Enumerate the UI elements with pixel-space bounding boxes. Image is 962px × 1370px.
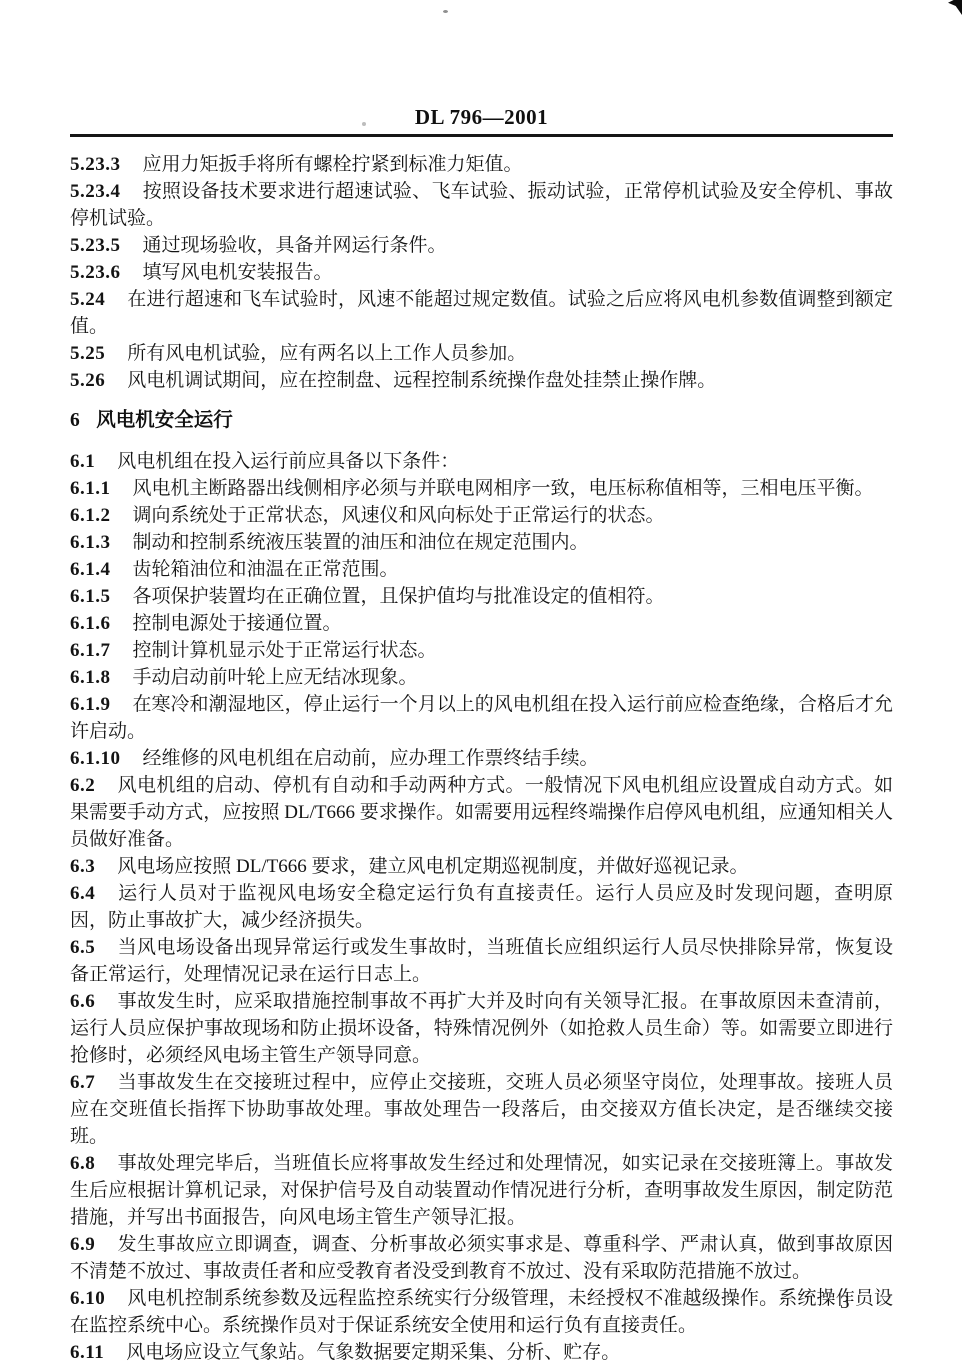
clause: 5.23.5通过现场验收，具备并网运行条件。 bbox=[70, 232, 893, 259]
clause-number: 5.23.5 bbox=[70, 235, 143, 256]
clause-text: 风电机调试期间，应在控制盘、远程控制系统操作盘处挂禁止操作牌。 bbox=[127, 370, 716, 391]
clause-text: 风电场应按照 DL/T666 要求，建立风电机定期巡视制度，并做好巡视记录。 bbox=[117, 856, 748, 877]
clause-number: 6.1.6 bbox=[70, 613, 133, 634]
clause-text: 填写风电机安装报告。 bbox=[143, 262, 333, 283]
clause-number: 6.1.8 bbox=[70, 667, 133, 688]
document-body: 5.23.3应用力矩扳手将所有螺栓拧紧到标准力矩值。 5.23.4按照设备技术要… bbox=[70, 151, 893, 1366]
clause: 6.2风电机组的启动、停机有自动和手动两种方式。一般情况下风电机组应设置成自动方… bbox=[70, 772, 893, 853]
clause: 6.9发生事故应立即调查，调查、分析事故必须实事求是、尊重科学、严肃认真，做到事… bbox=[70, 1231, 893, 1285]
clause-text: 事故处理完毕后，当班值长应将事故发生经过和处理情况，如实记录在交接班簿上。事故发… bbox=[70, 1153, 893, 1228]
clause: 5.24在进行超速和飞车试验时，风速不能超过规定数值。试验之后应将风电机参数值调… bbox=[70, 286, 893, 340]
clause: 6.1.3制动和控制系统液压装置的油压和油位在规定范围内。 bbox=[70, 529, 893, 556]
clause: 5.23.4按照设备技术要求进行超速试验、飞车试验、振动试验，正常停机试验及安全… bbox=[70, 178, 893, 232]
clause-number: 6.1.9 bbox=[70, 694, 133, 715]
clause: 6.1.6控制电源处于接通位置。 bbox=[70, 610, 893, 637]
clause: 6.1.5各项保护装置均在正确位置，且保护值均与批准设定的值相符。 bbox=[70, 583, 893, 610]
clause-text: 齿轮箱油位和油温在正常范围。 bbox=[133, 559, 399, 580]
clause-text: 运行人员对于监视风电场安全稳定运行负有直接责任。运行人员应及时发现问题，查明原因… bbox=[70, 883, 893, 931]
clause-text: 通过现场验收，具备并网运行条件。 bbox=[143, 235, 447, 256]
section-number: 6 bbox=[70, 410, 96, 431]
clause-text: 所有风电机试验，应有两名以上工作人员参加。 bbox=[127, 343, 526, 364]
clause-text: 风电场应设立气象站。气象数据要定期采集、分析、贮存。 bbox=[126, 1342, 620, 1363]
clause: 6.7当事故发生在交接班过程中，应停止交接班，交班人员必须坚守岗位，处理事故。接… bbox=[70, 1069, 893, 1150]
clause-number: 6.8 bbox=[70, 1153, 117, 1174]
clause: 5.23.3应用力矩扳手将所有螺栓拧紧到标准力矩值。 bbox=[70, 151, 893, 178]
clause-text: 风电机组在投入运行前应具备以下条件： bbox=[117, 451, 459, 472]
clause: 6.1.10经维修的风电机组在启动前，应办理工作票终结手续。 bbox=[70, 745, 893, 772]
clause-number: 6.3 bbox=[70, 856, 117, 877]
clause: 6.1.9在寒冷和潮湿地区，停止运行一个月以上的风电机组在投入运行前应检查绝缘，… bbox=[70, 691, 893, 745]
clause: 6.3风电场应按照 DL/T666 要求，建立风电机定期巡视制度，并做好巡视记录… bbox=[70, 853, 893, 880]
clause-number: 6.2 bbox=[70, 775, 117, 796]
clause: 5.25所有风电机试验，应有两名以上工作人员参加。 bbox=[70, 340, 893, 367]
clause-text: 各项保护装置均在正确位置，且保护值均与批准设定的值相符。 bbox=[133, 586, 665, 607]
clause-number: 5.24 bbox=[70, 289, 127, 310]
clause: 6.1.2调向系统处于正常状态，风速仪和风向标处于正常运行的状态。 bbox=[70, 502, 893, 529]
clause-number: 5.23.3 bbox=[70, 154, 143, 175]
clause-text: 当事故发生在交接班过程中，应停止交接班，交班人员必须坚守岗位，处理事故。接班人员… bbox=[70, 1072, 893, 1147]
clause-number: 6.9 bbox=[70, 1234, 117, 1255]
clause-text: 在进行超速和飞车试验时，风速不能超过规定数值。试验之后应将风电机参数值调整到额定… bbox=[70, 289, 893, 337]
clause-text: 制动和控制系统液压装置的油压和油位在规定范围内。 bbox=[133, 532, 589, 553]
section-heading: 6风电机安全运行 bbox=[70, 407, 893, 434]
clause-number: 6.1.5 bbox=[70, 586, 133, 607]
clause-text: 风电机组的启动、停机有自动和手动两种方式。一般情况下风电机组应设置成自动方式。如… bbox=[70, 775, 893, 850]
clause-text: 应用力矩扳手将所有螺栓拧紧到标准力矩值。 bbox=[143, 154, 523, 175]
clause: 5.26风电机调试期间，应在控制盘、远程控制系统操作盘处挂禁止操作牌。 bbox=[70, 367, 893, 394]
standard-number-header: DL 796—2001 bbox=[70, 104, 893, 130]
scan-artifact-corner bbox=[948, 0, 962, 15]
clause-number: 6.1.10 bbox=[70, 748, 143, 769]
scanned-document-page: { "doc": { "header_title": "DL 796—2001"… bbox=[0, 0, 962, 1370]
clause: 6.8事故处理完毕后，当班值长应将事故发生经过和处理情况，如实记录在交接班簿上。… bbox=[70, 1150, 893, 1231]
clause: 6.1风电机组在投入运行前应具备以下条件： bbox=[70, 448, 893, 475]
clause: 5.23.6填写风电机安装报告。 bbox=[70, 259, 893, 286]
clause-text: 经维修的风电机组在启动前，应办理工作票终结手续。 bbox=[143, 748, 599, 769]
clause-number: 6.1.4 bbox=[70, 559, 133, 580]
clause-number: 6.1.7 bbox=[70, 640, 133, 661]
clause-number: 5.25 bbox=[70, 343, 127, 364]
clause-number: 6.1.3 bbox=[70, 532, 133, 553]
clause-text: 发生事故应立即调查，调查、分析事故必须实事求是、尊重科学、严肃认真，做到事故原因… bbox=[70, 1234, 893, 1282]
page-number: 3 bbox=[840, 1292, 850, 1314]
clause: 6.1.7控制计算机显示处于正常运行状态。 bbox=[70, 637, 893, 664]
clause: 6.10风电机控制系统参数及远程监控系统实行分级管理，未经授权不准越级操作。系统… bbox=[70, 1285, 893, 1339]
clause-text: 当风电场设备出现异常运行或发生事故时，当班值长应组织运行人员尽快排除异常，恢复设… bbox=[70, 937, 893, 985]
clause-number: 5.23.4 bbox=[70, 181, 143, 202]
clause-number: 6.1.2 bbox=[70, 505, 133, 526]
clause: 6.4运行人员对于监视风电场安全稳定运行负有直接责任。运行人员应及时发现问题，查… bbox=[70, 880, 893, 934]
clause: 6.11风电场应设立气象站。气象数据要定期采集、分析、贮存。 bbox=[70, 1339, 893, 1366]
header-rule bbox=[70, 134, 893, 137]
clause-text: 手动启动前叶轮上应无结冰现象。 bbox=[133, 667, 418, 688]
clause: 6.1.8手动启动前叶轮上应无结冰现象。 bbox=[70, 664, 893, 691]
clause: 6.5当风电场设备出现异常运行或发生事故时，当班值长应组织运行人员尽快排除异常，… bbox=[70, 934, 893, 988]
clause: 6.1.1风电机主断路器出线侧相序必须与并联电网相序一致，电压标称值相等，三相电… bbox=[70, 475, 893, 502]
clause: 6.6事故发生时，应采取措施控制事故不再扩大并及时向有关领导汇报。在事故原因未查… bbox=[70, 988, 893, 1069]
clause-text: 在寒冷和潮湿地区，停止运行一个月以上的风电机组在投入运行前应检查绝缘，合格后才允… bbox=[70, 694, 893, 742]
clause-number: 6.10 bbox=[70, 1288, 127, 1309]
clause-number: 6.4 bbox=[70, 883, 117, 904]
page-content: DL 796—2001 5.23.3应用力矩扳手将所有螺栓拧紧到标准力矩值。 5… bbox=[70, 0, 893, 1366]
clause-number: 6.1 bbox=[70, 451, 117, 472]
clause-text: 事故发生时，应采取措施控制事故不再扩大并及时向有关领导汇报。在事故原因未查清前，… bbox=[70, 991, 893, 1066]
clause-number: 6.5 bbox=[70, 937, 117, 958]
clause-number: 6.6 bbox=[70, 991, 117, 1012]
clause-number: 6.1.1 bbox=[70, 478, 133, 499]
clause-text: 风电机主断路器出线侧相序必须与并联电网相序一致，电压标称值相等，三相电压平衡。 bbox=[133, 478, 874, 499]
clause-number: 5.23.6 bbox=[70, 262, 143, 283]
clause-number: 5.26 bbox=[70, 370, 127, 391]
section-title: 风电机安全运行 bbox=[96, 410, 233, 431]
clause-text: 调向系统处于正常状态，风速仪和风向标处于正常运行的状态。 bbox=[133, 505, 665, 526]
clause: 6.1.4齿轮箱油位和油温在正常范围。 bbox=[70, 556, 893, 583]
clause-number: 6.7 bbox=[70, 1072, 117, 1093]
clause-text: 控制电源处于接通位置。 bbox=[133, 613, 342, 634]
clause-text: 风电机控制系统参数及远程监控系统实行分级管理，未经授权不准越级操作。系统操作员设… bbox=[70, 1288, 893, 1336]
clause-number: 6.11 bbox=[70, 1342, 126, 1363]
clause-text: 控制计算机显示处于正常运行状态。 bbox=[133, 640, 437, 661]
clause-text: 按照设备技术要求进行超速试验、飞车试验、振动试验，正常停机试验及安全停机、事故停… bbox=[70, 181, 893, 229]
